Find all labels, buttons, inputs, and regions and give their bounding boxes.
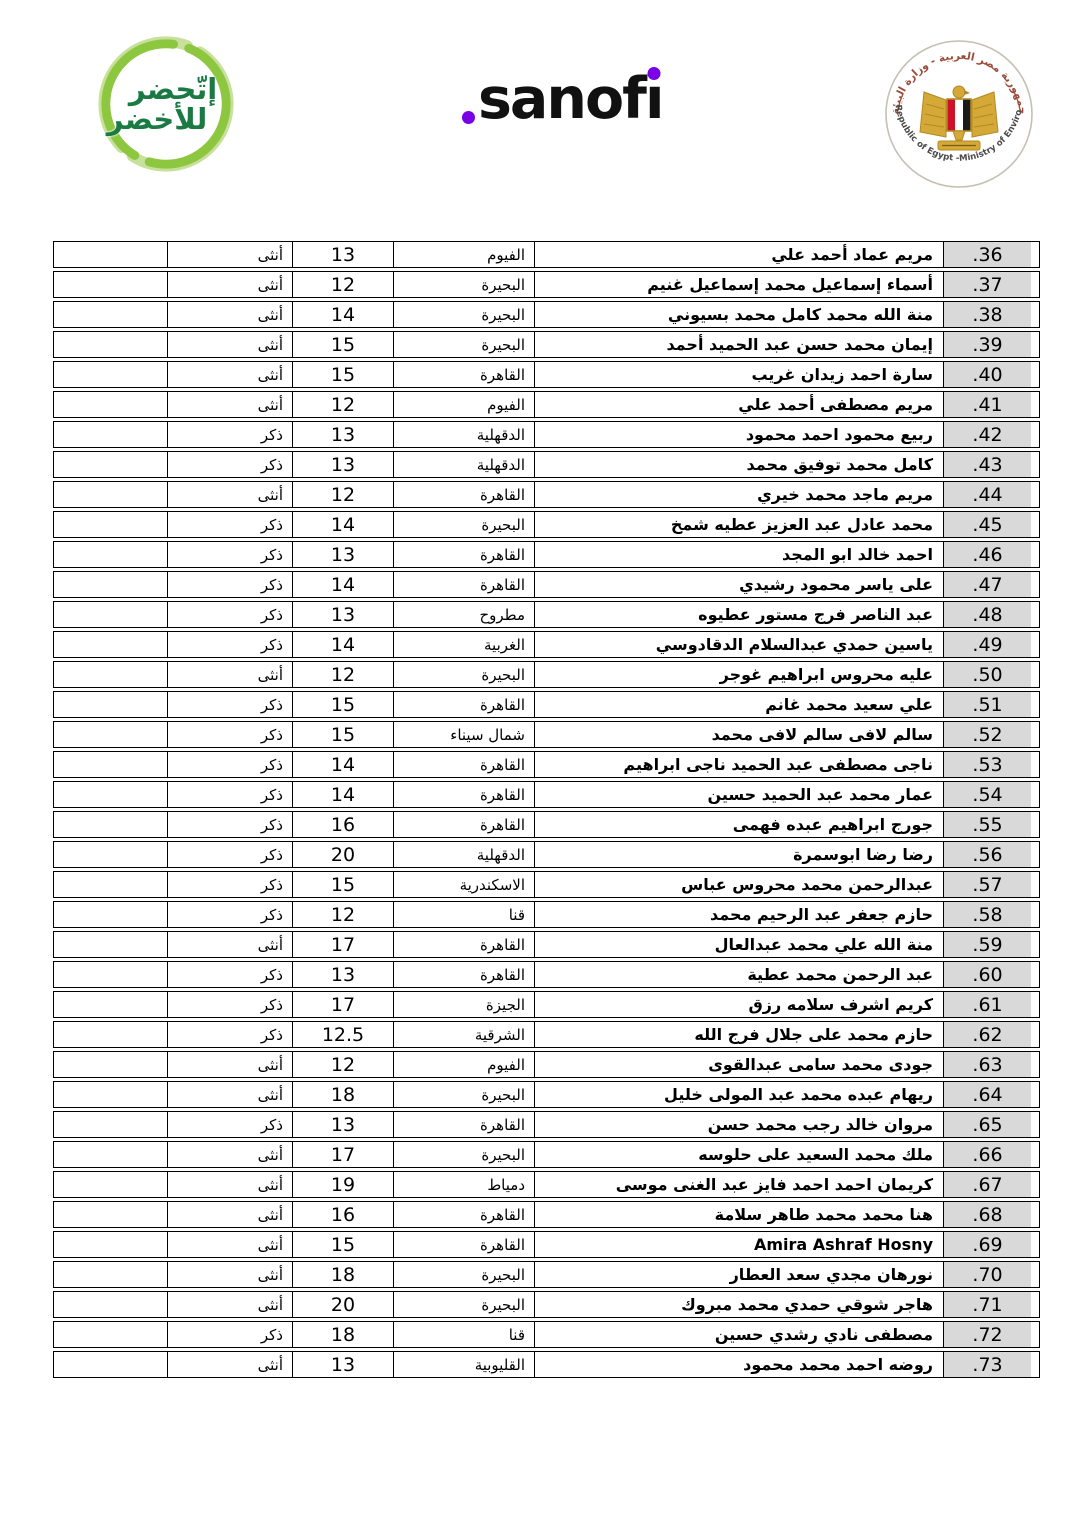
notes-cell (54, 422, 167, 447)
gender-cell: ذكر (167, 1022, 292, 1047)
age-cell: 14 (292, 572, 393, 597)
table-row: أنثى14البحيرةمنة الله محمد كامل محمد بسي… (53, 301, 1040, 328)
table-row: أنثى17البحيرةملك محمد السعيد على حلوسه66… (53, 1141, 1040, 1168)
notes-cell (54, 1142, 167, 1167)
notes-cell (54, 1262, 167, 1287)
gender-cell: ذكر (167, 722, 292, 747)
sanofi-wordmark-body: sanof (478, 66, 645, 132)
age-cell: 12 (292, 1052, 393, 1077)
governorate-cell: القاهرة (393, 692, 534, 717)
sanofi-i-dot-icon (647, 67, 660, 80)
name-cell: مريم ماجد محمد خيري (534, 482, 943, 507)
table-row: ذكر15شمال سيناءسالم لافى سالم لافى محمد5… (53, 721, 1040, 748)
age-cell: 18 (292, 1262, 393, 1287)
row-number-cell: 43. (943, 452, 1031, 477)
gender-cell: ذكر (167, 512, 292, 537)
table-row: أنثى12الفيوممريم مصطفى أحمد علي41. (53, 391, 1040, 418)
gender-cell: أنثى (167, 1352, 292, 1377)
row-number-cell: 46. (943, 542, 1031, 567)
table-row: ذكر14القاهرةعلى ياسر محمود رشيدي47. (53, 571, 1040, 598)
governorate-cell: البحيرة (393, 302, 534, 327)
page-header: إتّحضر للأخضر sanof ı جمهورية مصر العربي… (0, 0, 1080, 240)
table-row: أنثى15القاهرةسارة احمد زيدان غريب40. (53, 361, 1040, 388)
records-table: أنثى13الفيوممريم عماد أحمد علي36.أنثى12ا… (53, 241, 1040, 1381)
governorate-cell: القاهرة (393, 1202, 534, 1227)
notes-cell (54, 752, 167, 777)
governorate-cell: الفيوم (393, 392, 534, 417)
name-cell: ملك محمد السعيد على حلوسه (534, 1142, 943, 1167)
notes-cell (54, 872, 167, 897)
notes-cell (54, 782, 167, 807)
age-cell: 12 (292, 482, 393, 507)
row-number-cell: 59. (943, 932, 1031, 957)
table-row: أنثى20البحيرةهاجر شوقي حمدي محمد مبروك71… (53, 1291, 1040, 1318)
table-row: ذكر14القاهرةناجى مصطفى عبد الحميد ناجى ا… (53, 751, 1040, 778)
name-cell: حازم محمد على جلال فرج الله (534, 1022, 943, 1047)
age-cell: 14 (292, 782, 393, 807)
notes-cell (54, 482, 167, 507)
name-cell: ريهام عبده محمد عبد المولى خليل (534, 1082, 943, 1107)
age-cell: 15 (292, 332, 393, 357)
governorate-cell: الفيوم (393, 1052, 534, 1077)
governorate-cell: القاهرة (393, 752, 534, 777)
notes-cell (54, 362, 167, 387)
age-cell: 13 (292, 1352, 393, 1377)
age-cell: 17 (292, 932, 393, 957)
name-cell: سارة احمد زيدان غريب (534, 362, 943, 387)
gender-cell: أنثى (167, 362, 292, 387)
age-cell: 15 (292, 872, 393, 897)
table-row: أنثى15القاهرةAmira Ashraf Hosny69. (53, 1231, 1040, 1258)
table-row: أنثى16القاهرةهنا محمد محمد طاهر سلامة68. (53, 1201, 1040, 1228)
governorate-cell: قنا (393, 902, 534, 927)
age-cell: 12.5 (292, 1022, 393, 1047)
governorate-cell: الفيوم (393, 242, 534, 267)
row-number-cell: 73. (943, 1352, 1031, 1377)
notes-cell (54, 1052, 167, 1077)
age-cell: 15 (292, 362, 393, 387)
age-cell: 20 (292, 1292, 393, 1317)
table-row: ذكر14البحيرةمحمد عادل عبد العزيز عطيه شم… (53, 511, 1040, 538)
row-number-cell: 72. (943, 1322, 1031, 1347)
governorate-cell: البحيرة (393, 1082, 534, 1107)
governorate-cell: قنا (393, 1322, 534, 1347)
name-cell: عبد الرحمن محمد عطية (534, 962, 943, 987)
governorate-cell: القاهرة (393, 932, 534, 957)
gender-cell: أنثى (167, 482, 292, 507)
name-cell: Amira Ashraf Hosny (534, 1232, 943, 1257)
table-row: أنثى19دمياطكريمان احمد احمد فايز عبد الغ… (53, 1171, 1040, 1198)
governorate-cell: البحيرة (393, 1262, 534, 1287)
notes-cell (54, 1112, 167, 1137)
governorate-cell: الاسكندرية (393, 872, 534, 897)
gender-cell: أنثى (167, 392, 292, 417)
gender-cell: أنثى (167, 932, 292, 957)
age-cell: 16 (292, 812, 393, 837)
gender-cell: أنثى (167, 272, 292, 297)
governorate-cell: الغربية (393, 632, 534, 657)
notes-cell (54, 842, 167, 867)
row-number-cell: 63. (943, 1052, 1031, 1077)
table-row: ذكر15الاسكندريةعبدالرحمن محمد محروس عباس… (53, 871, 1040, 898)
gender-cell: ذكر (167, 1322, 292, 1347)
age-cell: 20 (292, 842, 393, 867)
governorate-cell: القاهرة (393, 362, 534, 387)
gender-cell: ذكر (167, 452, 292, 477)
gender-cell: ذكر (167, 572, 292, 597)
notes-cell (54, 572, 167, 597)
notes-cell (54, 272, 167, 297)
gender-cell: ذكر (167, 872, 292, 897)
name-cell: عليه محروس ابراهيم غوجر (534, 662, 943, 687)
name-cell: علي سعيد محمد غانم (534, 692, 943, 717)
name-cell: مصطفى نادي رشدي حسين (534, 1322, 943, 1347)
table-row: أنثى13الفيوممريم عماد أحمد علي36. (53, 241, 1040, 268)
name-cell: احمد خالد ابو المجد (534, 542, 943, 567)
name-cell: كريم اشرف سلامه رزق (534, 992, 943, 1017)
name-cell: عبد الناصر فرج مستور عطيوه (534, 602, 943, 627)
governorate-cell: البحيرة (393, 662, 534, 687)
notes-cell (54, 812, 167, 837)
row-number-cell: 48. (943, 602, 1031, 627)
governorate-cell: البحيرة (393, 332, 534, 357)
table-row: ذكر15القاهرةعلي سعيد محمد غانم51. (53, 691, 1040, 718)
row-number-cell: 47. (943, 572, 1031, 597)
row-number-cell: 38. (943, 302, 1031, 327)
table-row: ذكر13الدقهليةكامل محمد توفيق محمد43. (53, 451, 1040, 478)
notes-cell (54, 1202, 167, 1227)
row-number-cell: 57. (943, 872, 1031, 897)
row-number-cell: 52. (943, 722, 1031, 747)
table-row: ذكر13الدقهليةربيع محمود احمد محمود42. (53, 421, 1040, 448)
name-cell: نورهان مجدي سعد العطار (534, 1262, 943, 1287)
notes-cell (54, 542, 167, 567)
name-cell: عمار محمد عبد الحميد حسين (534, 782, 943, 807)
row-number-cell: 60. (943, 962, 1031, 987)
row-number-cell: 49. (943, 632, 1031, 657)
notes-cell (54, 902, 167, 927)
gender-cell: أنثى (167, 302, 292, 327)
governorate-cell: البحيرة (393, 272, 534, 297)
name-cell: جودى محمد سامى عبدالقوى (534, 1052, 943, 1077)
age-cell: 18 (292, 1082, 393, 1107)
table-row: أنثى13القليوبيةروضه احمد محمد محمود73. (53, 1351, 1040, 1378)
governorate-cell: القاهرة (393, 782, 534, 807)
governorate-cell: الدقهلية (393, 422, 534, 447)
governorate-cell: القاهرة (393, 1232, 534, 1257)
ministry-of-environment-emblem: جمهورية مصر العربية - وزارة البيئة Arab … (880, 38, 1038, 190)
table-row: ذكر13القاهرةعبد الرحمن محمد عطية60. (53, 961, 1040, 988)
gender-cell: أنثى (167, 1082, 292, 1107)
age-cell: 13 (292, 452, 393, 477)
notes-cell (54, 962, 167, 987)
row-number-cell: 39. (943, 332, 1031, 357)
name-cell: منة الله محمد كامل محمد بسيوني (534, 302, 943, 327)
notes-cell (54, 332, 167, 357)
row-number-cell: 55. (943, 812, 1031, 837)
row-number-cell: 61. (943, 992, 1031, 1017)
notes-cell (54, 242, 167, 267)
gender-cell: أنثى (167, 332, 292, 357)
notes-cell (54, 932, 167, 957)
name-cell: مروان خالد رجب محمد حسن (534, 1112, 943, 1137)
age-cell: 17 (292, 1142, 393, 1167)
governorate-cell: الشرقية (393, 1022, 534, 1047)
governorate-cell: البحيرة (393, 1142, 534, 1167)
table-row: أنثى15البحيرةإيمان محمد حسن عبد الحميد أ… (53, 331, 1040, 358)
gender-cell: أنثى (167, 1292, 292, 1317)
table-row: أنثى18البحيرةريهام عبده محمد عبد المولى … (53, 1081, 1040, 1108)
age-cell: 19 (292, 1172, 393, 1197)
row-number-cell: 66. (943, 1142, 1031, 1167)
row-number-cell: 64. (943, 1082, 1031, 1107)
gender-cell: ذكر (167, 812, 292, 837)
age-cell: 12 (292, 392, 393, 417)
age-cell: 15 (292, 722, 393, 747)
row-number-cell: 65. (943, 1112, 1031, 1137)
table-row: ذكر16القاهرةجورج ابراهيم عبده فهمى55. (53, 811, 1040, 838)
row-number-cell: 53. (943, 752, 1031, 777)
notes-cell (54, 692, 167, 717)
gender-cell: أنثى (167, 662, 292, 687)
name-cell: هاجر شوقي حمدي محمد مبروك (534, 1292, 943, 1317)
row-number-cell: 36. (943, 242, 1031, 267)
name-cell: على ياسر محمود رشيدي (534, 572, 943, 597)
age-cell: 13 (292, 962, 393, 987)
governorate-cell: دمياط (393, 1172, 534, 1197)
table-row: أنثى12الفيومجودى محمد سامى عبدالقوى63. (53, 1051, 1040, 1078)
gender-cell: ذكر (167, 602, 292, 627)
row-number-cell: 56. (943, 842, 1031, 867)
governorate-cell: القاهرة (393, 1112, 534, 1137)
age-cell: 14 (292, 512, 393, 537)
gender-cell: ذكر (167, 782, 292, 807)
row-number-cell: 54. (943, 782, 1031, 807)
gender-cell: ذكر (167, 692, 292, 717)
name-cell: إيمان محمد حسن عبد الحميد أحمد (534, 332, 943, 357)
notes-cell (54, 722, 167, 747)
table-row: أنثى12القاهرةمريم ماجد محمد خيري44. (53, 481, 1040, 508)
age-cell: 12 (292, 902, 393, 927)
governorate-cell: القاهرة (393, 542, 534, 567)
gender-cell: أنثى (167, 1202, 292, 1227)
notes-cell (54, 1232, 167, 1257)
notes-cell (54, 1352, 167, 1377)
gender-cell: أنثى (167, 1052, 292, 1077)
row-number-cell: 44. (943, 482, 1031, 507)
age-cell: 13 (292, 1112, 393, 1137)
gender-cell: أنثى (167, 242, 292, 267)
name-cell: روضه احمد محمد محمود (534, 1352, 943, 1377)
notes-cell (54, 1292, 167, 1317)
gender-cell: ذكر (167, 992, 292, 1017)
row-number-cell: 70. (943, 1262, 1031, 1287)
name-cell: هنا محمد محمد طاهر سلامة (534, 1202, 943, 1227)
notes-cell (54, 512, 167, 537)
egypt-eagle-icon: جمهورية مصر العربية - وزارة البيئة Arab … (880, 38, 1038, 190)
name-cell: حازم جعفر عبد الرحيم محمد (534, 902, 943, 927)
gender-cell: ذكر (167, 632, 292, 657)
notes-cell (54, 602, 167, 627)
age-cell: 14 (292, 632, 393, 657)
green-logo-line1: إتّحضر (129, 74, 217, 104)
age-cell: 14 (292, 302, 393, 327)
governorate-cell: الجيزة (393, 992, 534, 1017)
name-cell: جورج ابراهيم عبده فهمى (534, 812, 943, 837)
table-row: أنثى18البحيرةنورهان مجدي سعد العطار70. (53, 1261, 1040, 1288)
age-cell: 12 (292, 272, 393, 297)
table-row: ذكر14القاهرةعمار محمد عبد الحميد حسين54. (53, 781, 1040, 808)
gender-cell: أنثى (167, 1142, 292, 1167)
notes-cell (54, 1022, 167, 1047)
age-cell: 13 (292, 542, 393, 567)
name-cell: ياسين حمدي عبدالسلام الدقادوسي (534, 632, 943, 657)
governorate-cell: البحيرة (393, 1292, 534, 1317)
age-cell: 13 (292, 242, 393, 267)
row-number-cell: 51. (943, 692, 1031, 717)
age-cell: 13 (292, 602, 393, 627)
governorate-cell: القليوبية (393, 1352, 534, 1377)
row-number-cell: 69. (943, 1232, 1031, 1257)
row-number-cell: 62. (943, 1022, 1031, 1047)
gender-cell: ذكر (167, 842, 292, 867)
notes-cell (54, 392, 167, 417)
governorate-cell: الدقهلية (393, 452, 534, 477)
gender-cell: ذكر (167, 1112, 292, 1137)
name-cell: مريم مصطفى أحمد علي (534, 392, 943, 417)
name-cell: محمد عادل عبد العزيز عطيه شمخ (534, 512, 943, 537)
governorate-cell: القاهرة (393, 572, 534, 597)
governorate-cell: الدقهلية (393, 842, 534, 867)
age-cell: 15 (292, 1232, 393, 1257)
age-cell: 12 (292, 662, 393, 687)
row-number-cell: 40. (943, 362, 1031, 387)
notes-cell (54, 632, 167, 657)
table-row: ذكر13مطروحعبد الناصر فرج مستور عطيوه48. (53, 601, 1040, 628)
name-cell: منة الله علي محمد عبدالعال (534, 932, 943, 957)
green-logo-text: إتّحضر للأخضر (92, 30, 240, 178)
governorate-cell: القاهرة (393, 482, 534, 507)
sanofi-wordmark-i: ı (645, 66, 663, 132)
governorate-cell: القاهرة (393, 812, 534, 837)
age-cell: 18 (292, 1322, 393, 1347)
row-number-cell: 67. (943, 1172, 1031, 1197)
name-cell: كامل محمد توفيق محمد (534, 452, 943, 477)
governorate-cell: مطروح (393, 602, 534, 627)
name-cell: مريم عماد أحمد علي (534, 242, 943, 267)
table-row: أنثى12البحيرةعليه محروس ابراهيم غوجر50. (53, 661, 1040, 688)
notes-cell (54, 1322, 167, 1347)
notes-cell (54, 662, 167, 687)
row-number-cell: 42. (943, 422, 1031, 447)
gender-cell: ذكر (167, 752, 292, 777)
table-row: أنثى17القاهرةمنة الله علي محمد عبدالعال5… (53, 931, 1040, 958)
notes-cell (54, 992, 167, 1017)
row-number-cell: 45. (943, 512, 1031, 537)
name-cell: عبدالرحمن محمد محروس عباس (534, 872, 943, 897)
row-number-cell: 58. (943, 902, 1031, 927)
name-cell: رضا رضا ابوسمرة (534, 842, 943, 867)
notes-cell (54, 1082, 167, 1107)
name-cell: ناجى مصطفى عبد الحميد ناجى ابراهيم (534, 752, 943, 777)
name-cell: سالم لافى سالم لافى محمد (534, 722, 943, 747)
row-number-cell: 68. (943, 1202, 1031, 1227)
gender-cell: أنثى (167, 1232, 292, 1257)
age-cell: 13 (292, 422, 393, 447)
gender-cell: ذكر (167, 902, 292, 927)
gender-cell: أنثى (167, 1172, 292, 1197)
green-campaign-logo: إتّحضر للأخضر (92, 30, 240, 178)
gender-cell: ذكر (167, 542, 292, 567)
age-cell: 16 (292, 1202, 393, 1227)
governorate-cell: البحيرة (393, 512, 534, 537)
row-number-cell: 71. (943, 1292, 1031, 1317)
gender-cell: ذكر (167, 962, 292, 987)
table-row: ذكر18قنامصطفى نادي رشدي حسين72. (53, 1321, 1040, 1348)
notes-cell (54, 1172, 167, 1197)
table-row: ذكر13القاهرةاحمد خالد ابو المجد46. (53, 541, 1040, 568)
table-row: ذكر13القاهرةمروان خالد رجب محمد حسن65. (53, 1111, 1040, 1138)
gender-cell: أنثى (167, 1262, 292, 1287)
name-cell: ربيع محمود احمد محمود (534, 422, 943, 447)
row-number-cell: 41. (943, 392, 1031, 417)
sanofi-purple-dot-icon (462, 111, 475, 124)
age-cell: 15 (292, 692, 393, 717)
green-logo-line2: للأخضر (107, 104, 207, 134)
table-row: ذكر12.5الشرقيةحازم محمد على جلال فرج الل… (53, 1021, 1040, 1048)
name-cell: كريمان احمد احمد فايز عبد الغنى موسى (534, 1172, 943, 1197)
gender-cell: ذكر (167, 422, 292, 447)
age-cell: 14 (292, 752, 393, 777)
notes-cell (54, 302, 167, 327)
name-cell: أسماء إسماعيل محمد إسماعيل غنيم (534, 272, 943, 297)
row-number-cell: 37. (943, 272, 1031, 297)
table-row: ذكر17الجيزةكريم اشرف سلامه رزق61. (53, 991, 1040, 1018)
governorate-cell: القاهرة (393, 962, 534, 987)
row-number-cell: 50. (943, 662, 1031, 687)
table-row: ذكر20الدقهليةرضا رضا ابوسمرة56. (53, 841, 1040, 868)
notes-cell (54, 452, 167, 477)
table-row: ذكر14الغربيةياسين حمدي عبدالسلام الدقادو… (53, 631, 1040, 658)
table-row: ذكر12قناحازم جعفر عبد الرحيم محمد58. (53, 901, 1040, 928)
table-row: أنثى12البحيرةأسماء إسماعيل محمد إسماعيل … (53, 271, 1040, 298)
age-cell: 17 (292, 992, 393, 1017)
governorate-cell: شمال سيناء (393, 722, 534, 747)
sanofi-logo: sanof ı (462, 66, 662, 136)
